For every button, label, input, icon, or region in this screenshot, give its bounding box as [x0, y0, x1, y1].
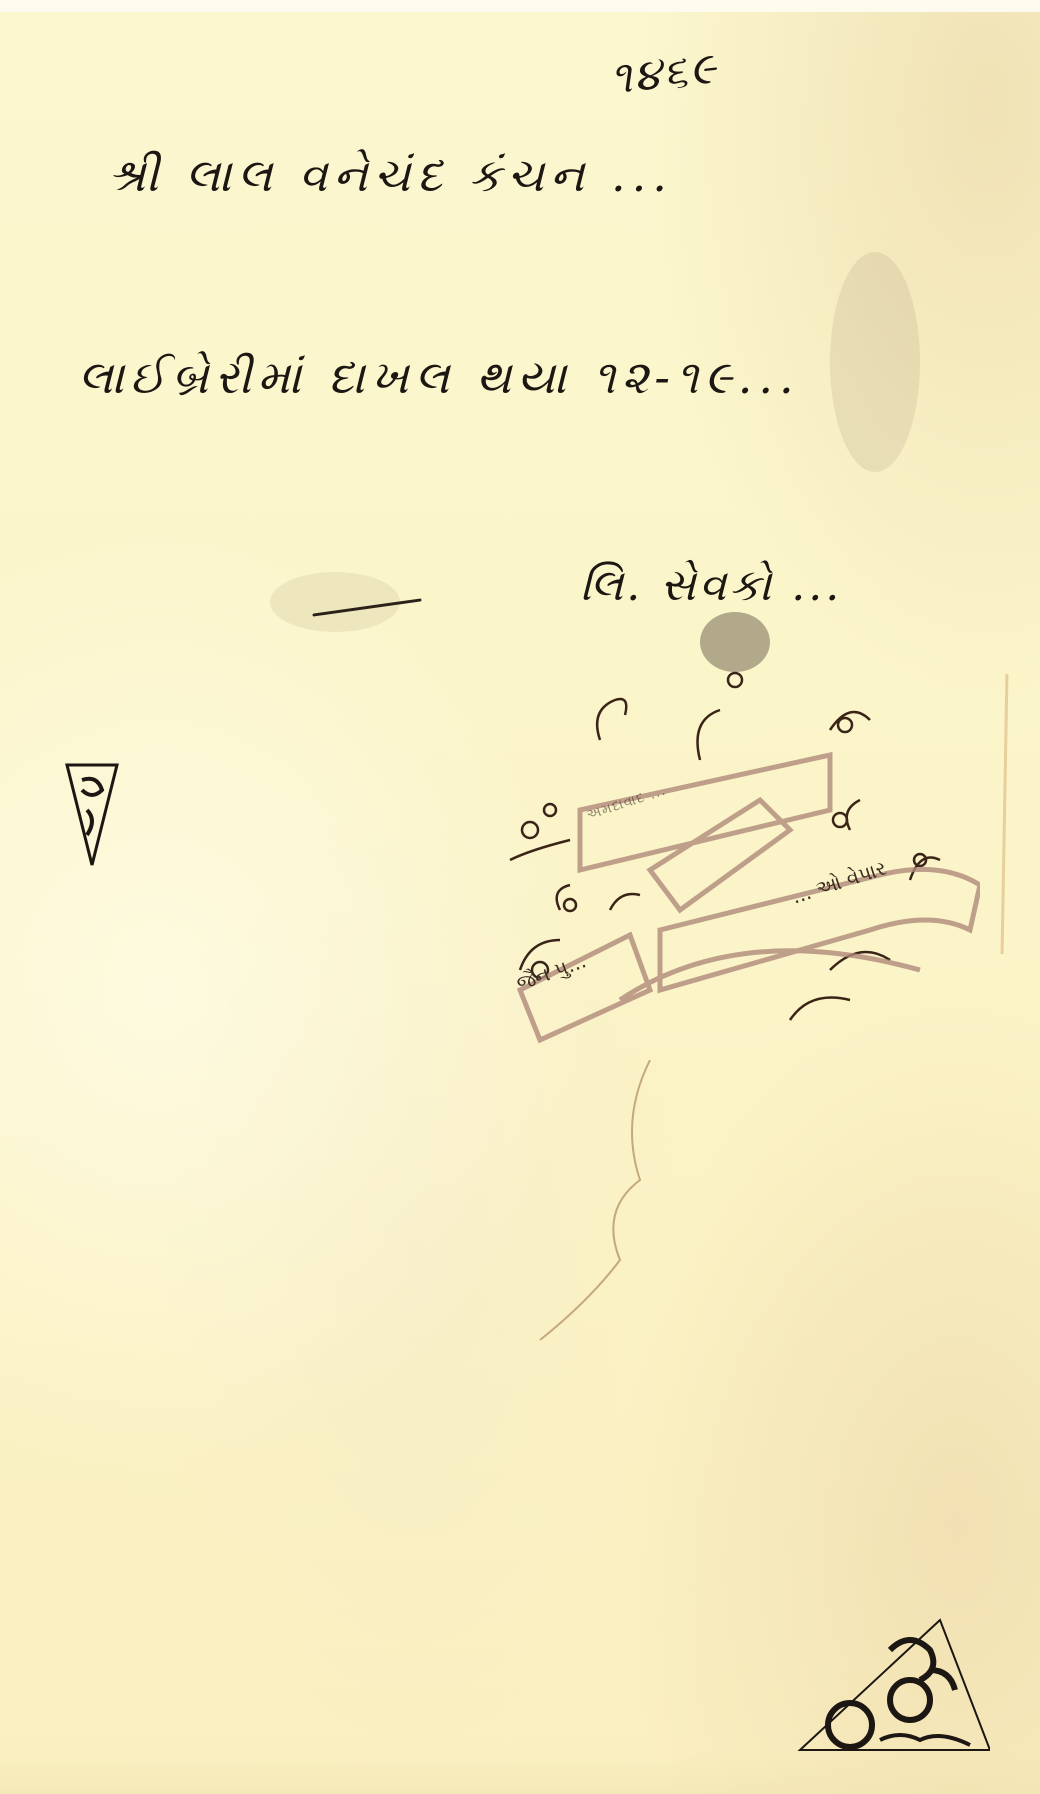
- corner-ornament-left-icon: [62, 760, 122, 870]
- handwritten-line-2: લાઈબ્રેરીમાં દાખલ થયા ૧૨-૧૯...: [78, 350, 800, 406]
- paper-tear-line: [500, 1060, 700, 1360]
- handwritten-line-1: શ્રી લાલ વનેચંદ કંચન ...: [108, 148, 673, 204]
- library-stamp: અમદાવાદ ... ... ઓ વેપાર જૈન પુ...: [500, 660, 980, 1080]
- stain: [270, 572, 400, 632]
- page-bottom-edge: [0, 1754, 1040, 1794]
- corner-ornament-bottom-right-icon: [790, 1610, 990, 1760]
- stamp-ornament-icon: [500, 660, 980, 1080]
- paper-edge-line: [1001, 674, 1009, 954]
- signature: લિ. સેવકો ...: [580, 560, 842, 611]
- stain: [830, 252, 920, 472]
